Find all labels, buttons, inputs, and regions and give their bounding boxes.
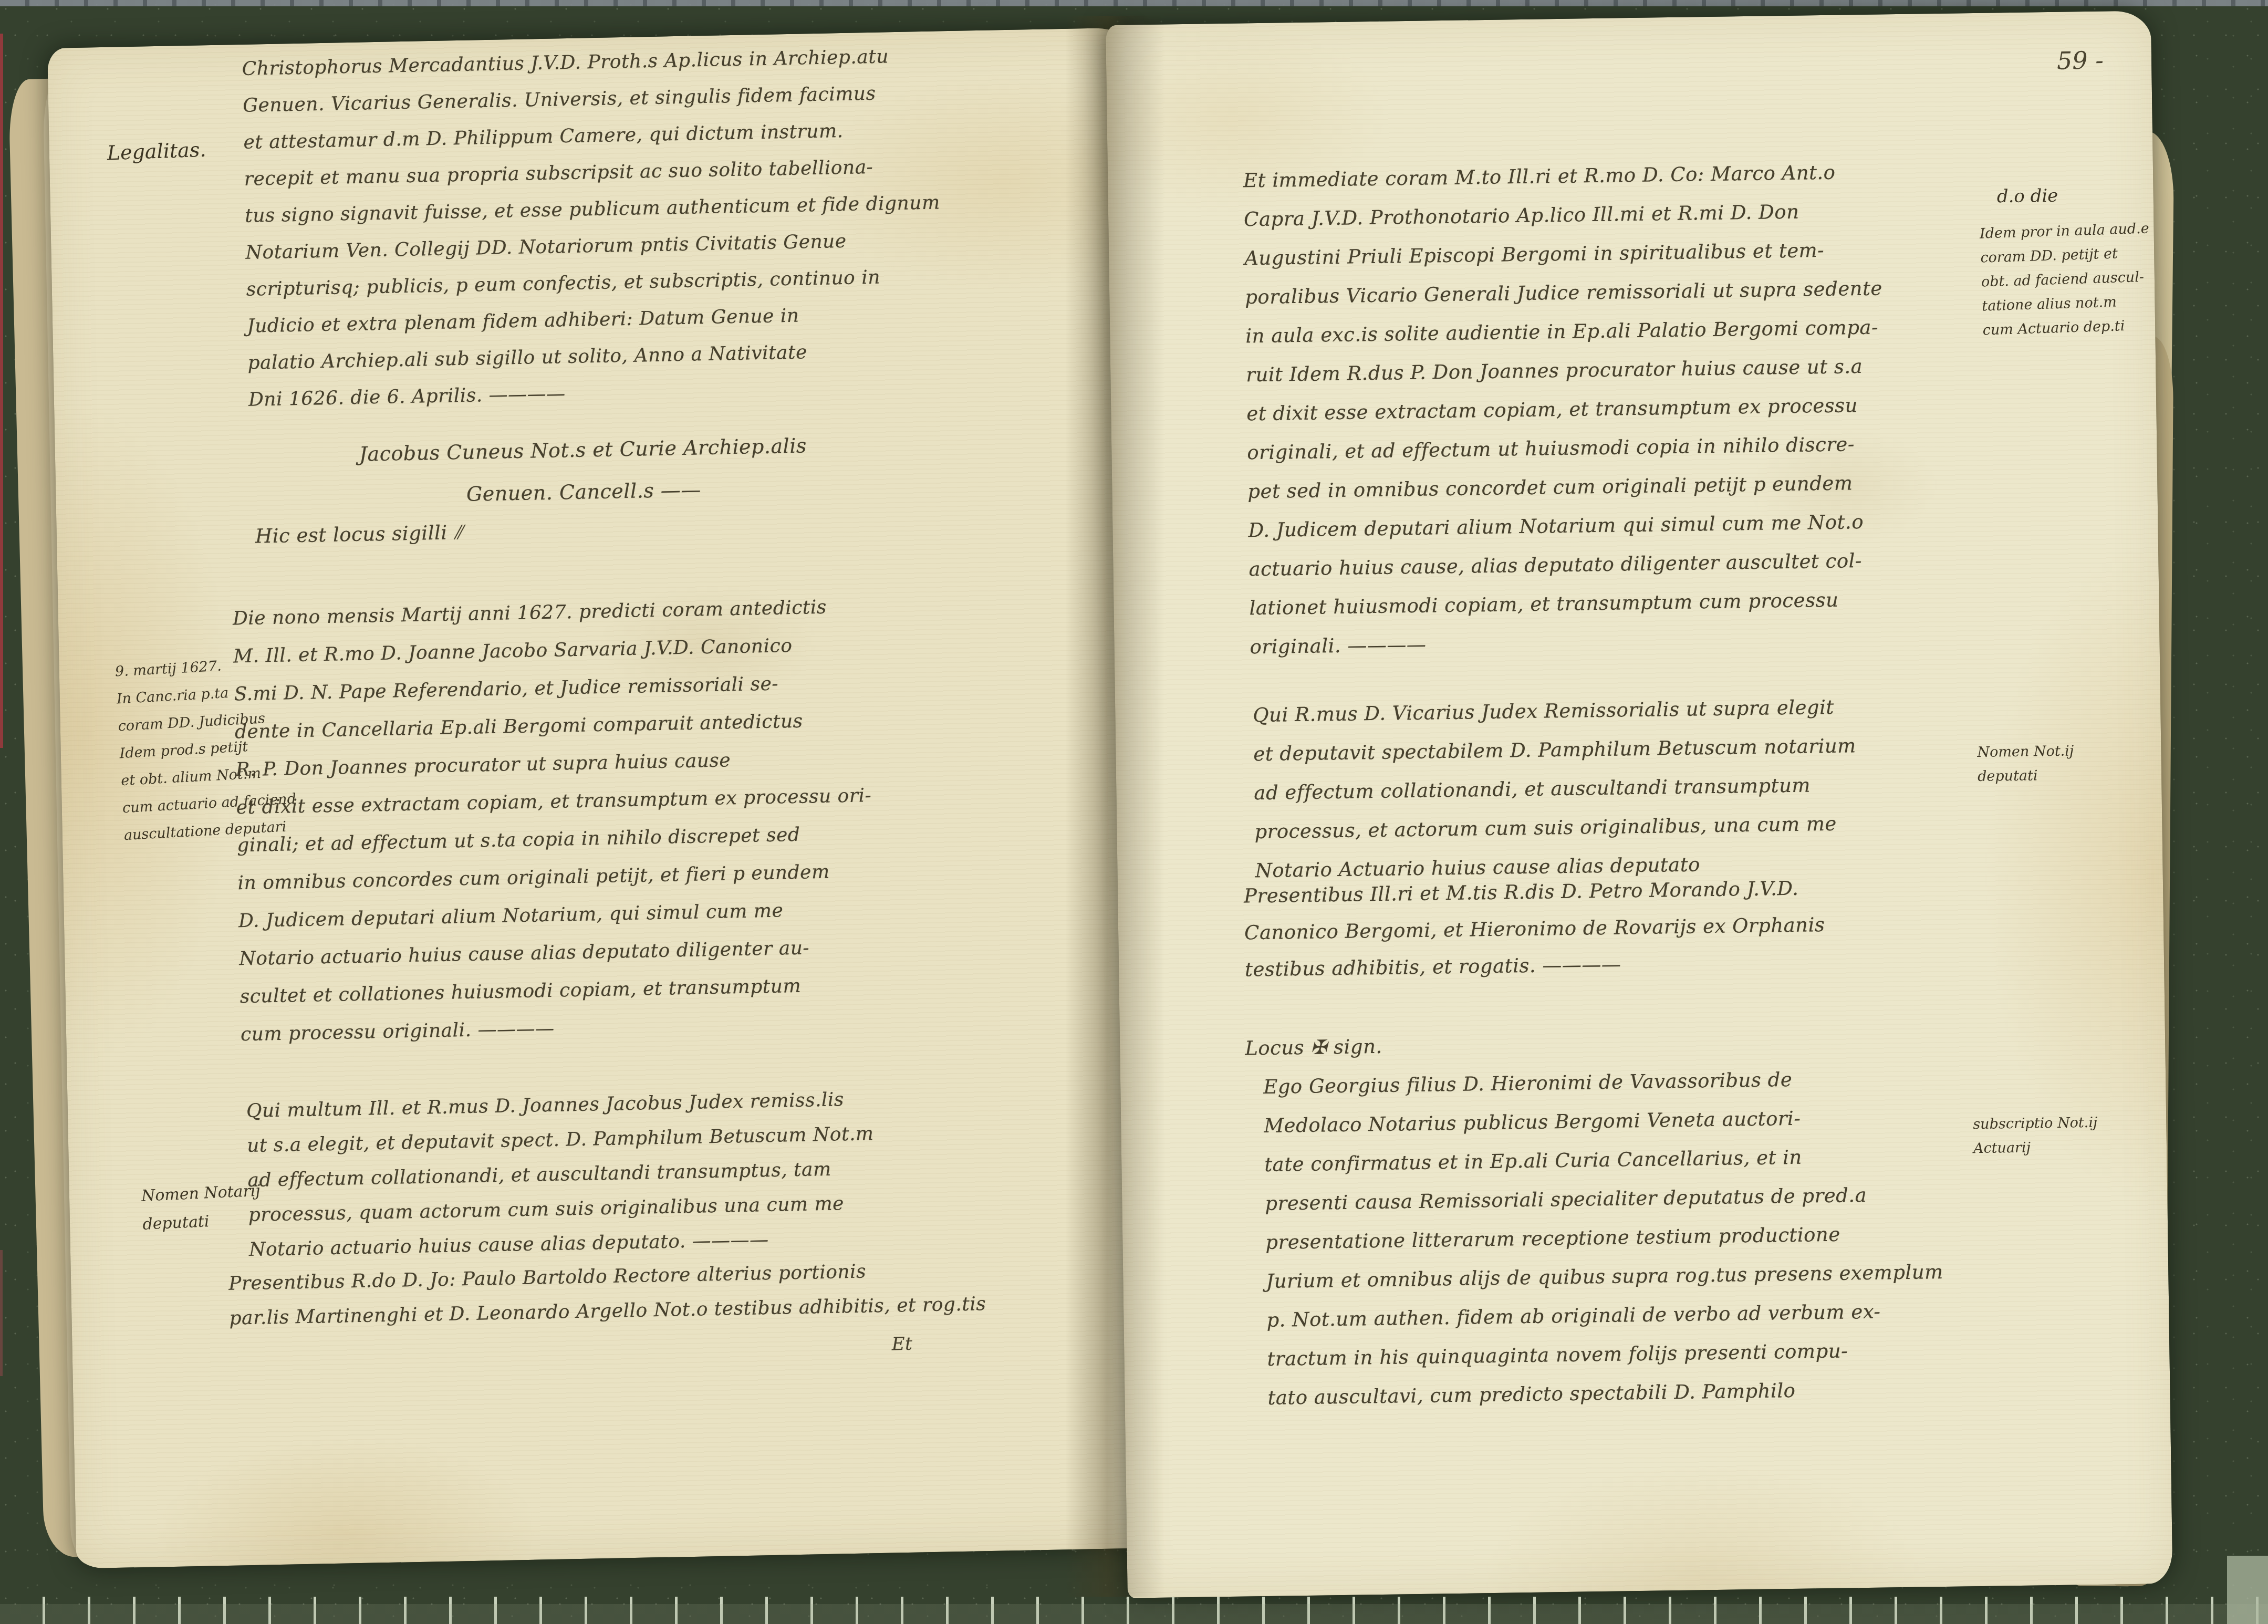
red-edge-mark — [0, 34, 3, 748]
subscriptio-paragraph: Ego Georgius filius D. Hieronimi de Vava… — [1263, 1066, 1946, 1425]
presentibus-paragraph: Presentibus Ill.ri et M.tis R.dis D. Pet… — [1244, 877, 1826, 995]
margin-note-line: subscriptio Not.ij — [1973, 1115, 2098, 1140]
margin-note-line: Actuarij — [1973, 1139, 2098, 1164]
ruler-top — [0, 0, 2268, 6]
sigil-placeholder-line: Hic est locus sigilli ⫽ — [255, 521, 463, 548]
margin-note-die: d.o die — [1996, 185, 2058, 207]
margin-note-nomen-notarij: Nomen Not.ijdeputati — [1977, 743, 2074, 793]
manuscript-line: originali. ———— — [1250, 627, 1888, 674]
margin-note-subscriptio: subscriptio Not.ijActuarij — [1973, 1115, 2098, 1164]
corner-patch — [2227, 1556, 2268, 1624]
page-number: 59 - — [2057, 46, 2104, 75]
margin-note-line: cum Actuario dep.ti — [1982, 317, 2152, 346]
presentibus-paragraph: Presentibus R.do D. Jo: Paulo Bartoldo R… — [228, 1258, 986, 1342]
margin-note-legalitas: Legalitas. — [107, 138, 206, 165]
deputatio-paragraph: Qui R.mus D. Vicarius Judex Remissoriali… — [1253, 695, 1858, 898]
right-page: 59 - d.o die Idem pror in aula aud.ecora… — [1106, 11, 2173, 1598]
red-edge-mark — [0, 1250, 3, 1376]
felt-background: { "page_number": "59 -", "colors": { "ba… — [0, 0, 2268, 1624]
ruler-bottom — [0, 1597, 2268, 1624]
left-page: Legalitas. 9. martij 1627.In Canc.ria p.… — [47, 27, 1158, 1568]
locus-signi-line: Locus ✠ sign. — [1245, 1035, 1382, 1060]
manuscript-line: testibus adhibitis, et rogatis. ———— — [1245, 950, 1826, 995]
catchword: Et — [891, 1334, 912, 1355]
margin-note-line: Nomen Not.ij — [1977, 743, 2074, 768]
margin-note-nomen-notarij: Nomen Notarijdeputati — [141, 1182, 263, 1244]
book-gutter-shadow — [1065, 16, 1165, 1597]
deputatio-paragraph: Qui multum Ill. et R.mus D. Joannes Jaco… — [246, 1088, 877, 1274]
comparitio-paragraph: Et immediate coram M.to Ill.ri et R.mo D… — [1243, 160, 1888, 674]
margin-note-line: deputati — [1978, 767, 2074, 793]
acta-martii-paragraph: Die nono mensis Martij anni 1627. predic… — [233, 596, 877, 1061]
notary-signature: Jacobus Cuneus Not.s et Curie Archiep.al… — [281, 433, 886, 467]
notary-signature-title: Genuen. Cancell.s —— — [282, 475, 886, 509]
margin-note-line: deputati — [142, 1210, 263, 1244]
attestation-paragraph: Christophorus Mercadantius J.V.D. Proth.… — [242, 45, 944, 425]
margin-note-idem-procurator: Idem pror in aula aud.ecoram DD. petijt … — [1980, 221, 2153, 347]
